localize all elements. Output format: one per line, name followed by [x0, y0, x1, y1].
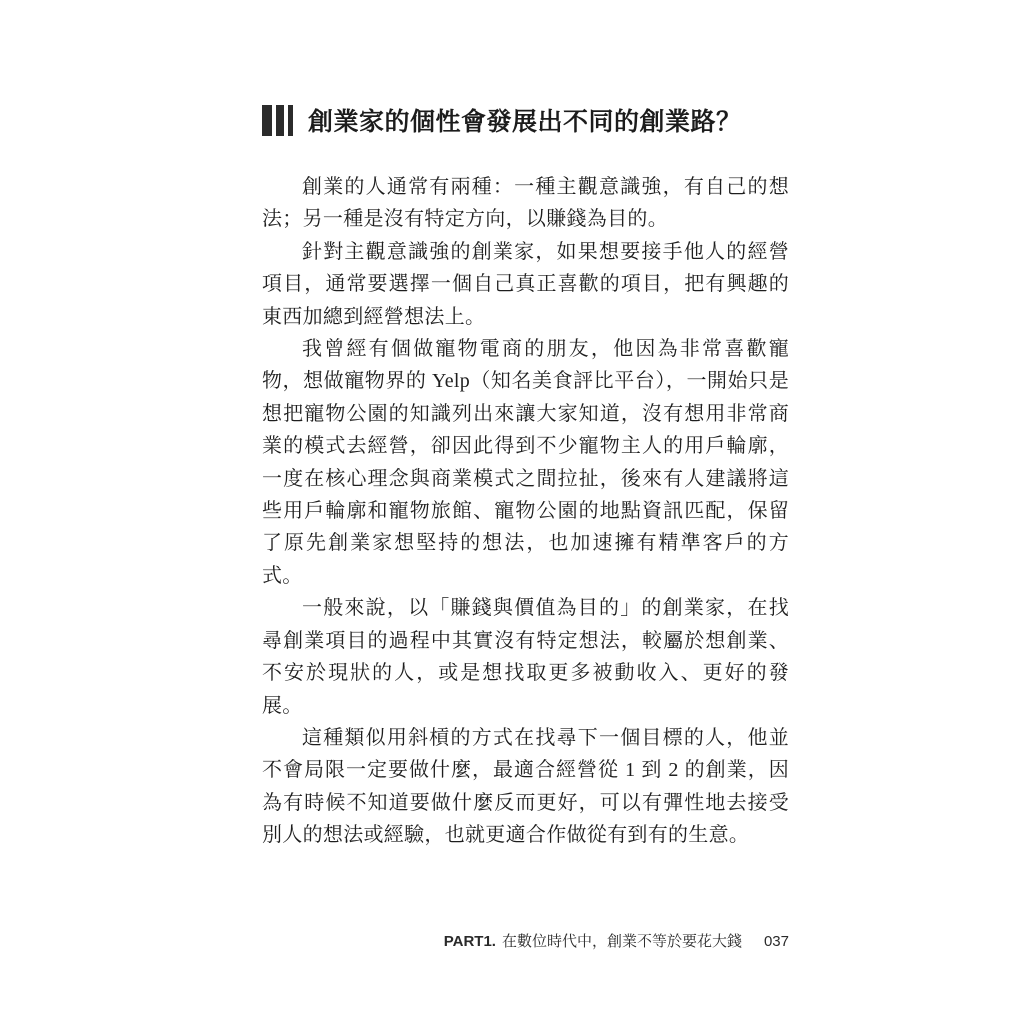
footer-part-label: PART1.: [444, 933, 496, 950]
section-heading: 創業家的個性會發展出不同的創業路？: [262, 102, 789, 138]
page-footer: PART1. 在數位時代中，創業不等於要花大錢 037: [262, 930, 789, 951]
body-text: 創業的人通常有兩種：一種主觀意識強，有自己的想法；另一種是沒有特定方向，以賺錢為…: [262, 171, 789, 852]
body-paragraph: 這種類似用斜槓的方式在找尋下一個目標的人，他並不會局限一定要做什麼，最適合經營從…: [262, 722, 789, 852]
book-page: 創業家的個性會發展出不同的創業路？ 創業的人通常有兩種：一種主觀意識強，有自己的…: [0, 0, 1024, 1024]
body-paragraph: 創業的人通常有兩種：一種主觀意識強，有自己的想法；另一種是沒有特定方向，以賺錢為…: [262, 171, 789, 236]
heading-bar-icon: [276, 105, 284, 136]
body-paragraph: 我曾經有個做寵物電商的朋友，他因為非常喜歡寵物，想做寵物界的 Yelp（知名美食…: [262, 333, 789, 592]
heading-bars-icon: [262, 105, 293, 136]
body-paragraph: 針對主觀意識強的創業家，如果想要接手他人的經營項目，通常要選擇一個自己真正喜歡的…: [262, 236, 789, 333]
page-content: 創業家的個性會發展出不同的創業路？ 創業的人通常有兩種：一種主觀意識強，有自己的…: [262, 102, 789, 852]
body-paragraph: 一般來說，以「賺錢與價值為目的」的創業家，在找尋創業項目的過程中其實沒有特定想法…: [262, 592, 789, 722]
heading-bar-icon: [262, 105, 272, 136]
heading-bar-icon: [288, 105, 293, 136]
footer-chapter-title: 在數位時代中，創業不等於要花大錢: [502, 930, 742, 951]
section-heading-text: 創業家的個性會發展出不同的創業路？: [308, 102, 742, 138]
footer-page-number: 037: [764, 933, 789, 950]
